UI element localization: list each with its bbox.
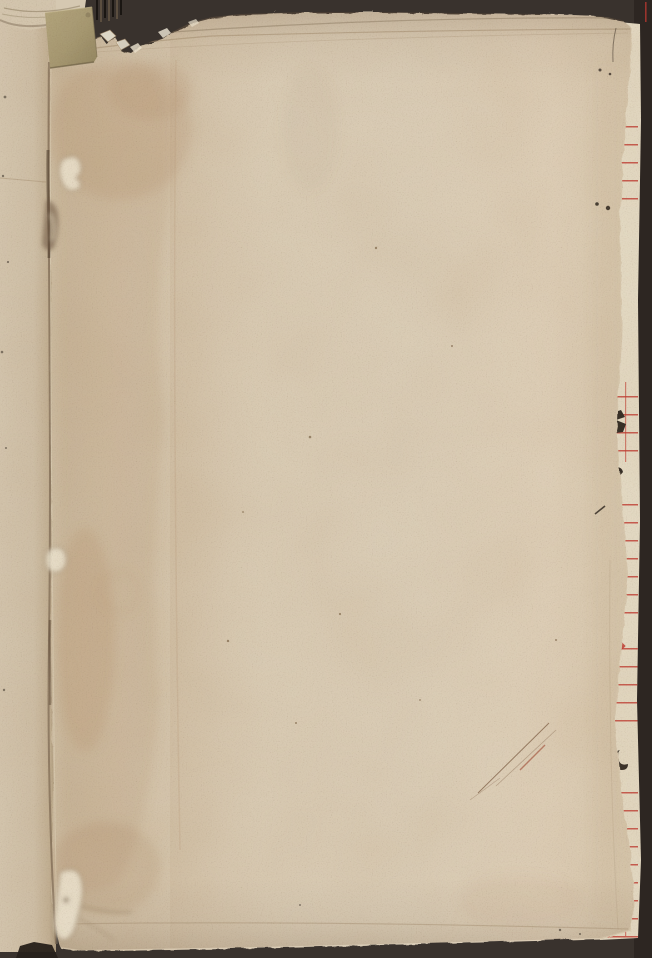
deep-page-red-rule <box>645 2 647 22</box>
scan-image <box>0 0 652 958</box>
book-scan <box>0 0 652 958</box>
paper-texture <box>0 0 652 958</box>
